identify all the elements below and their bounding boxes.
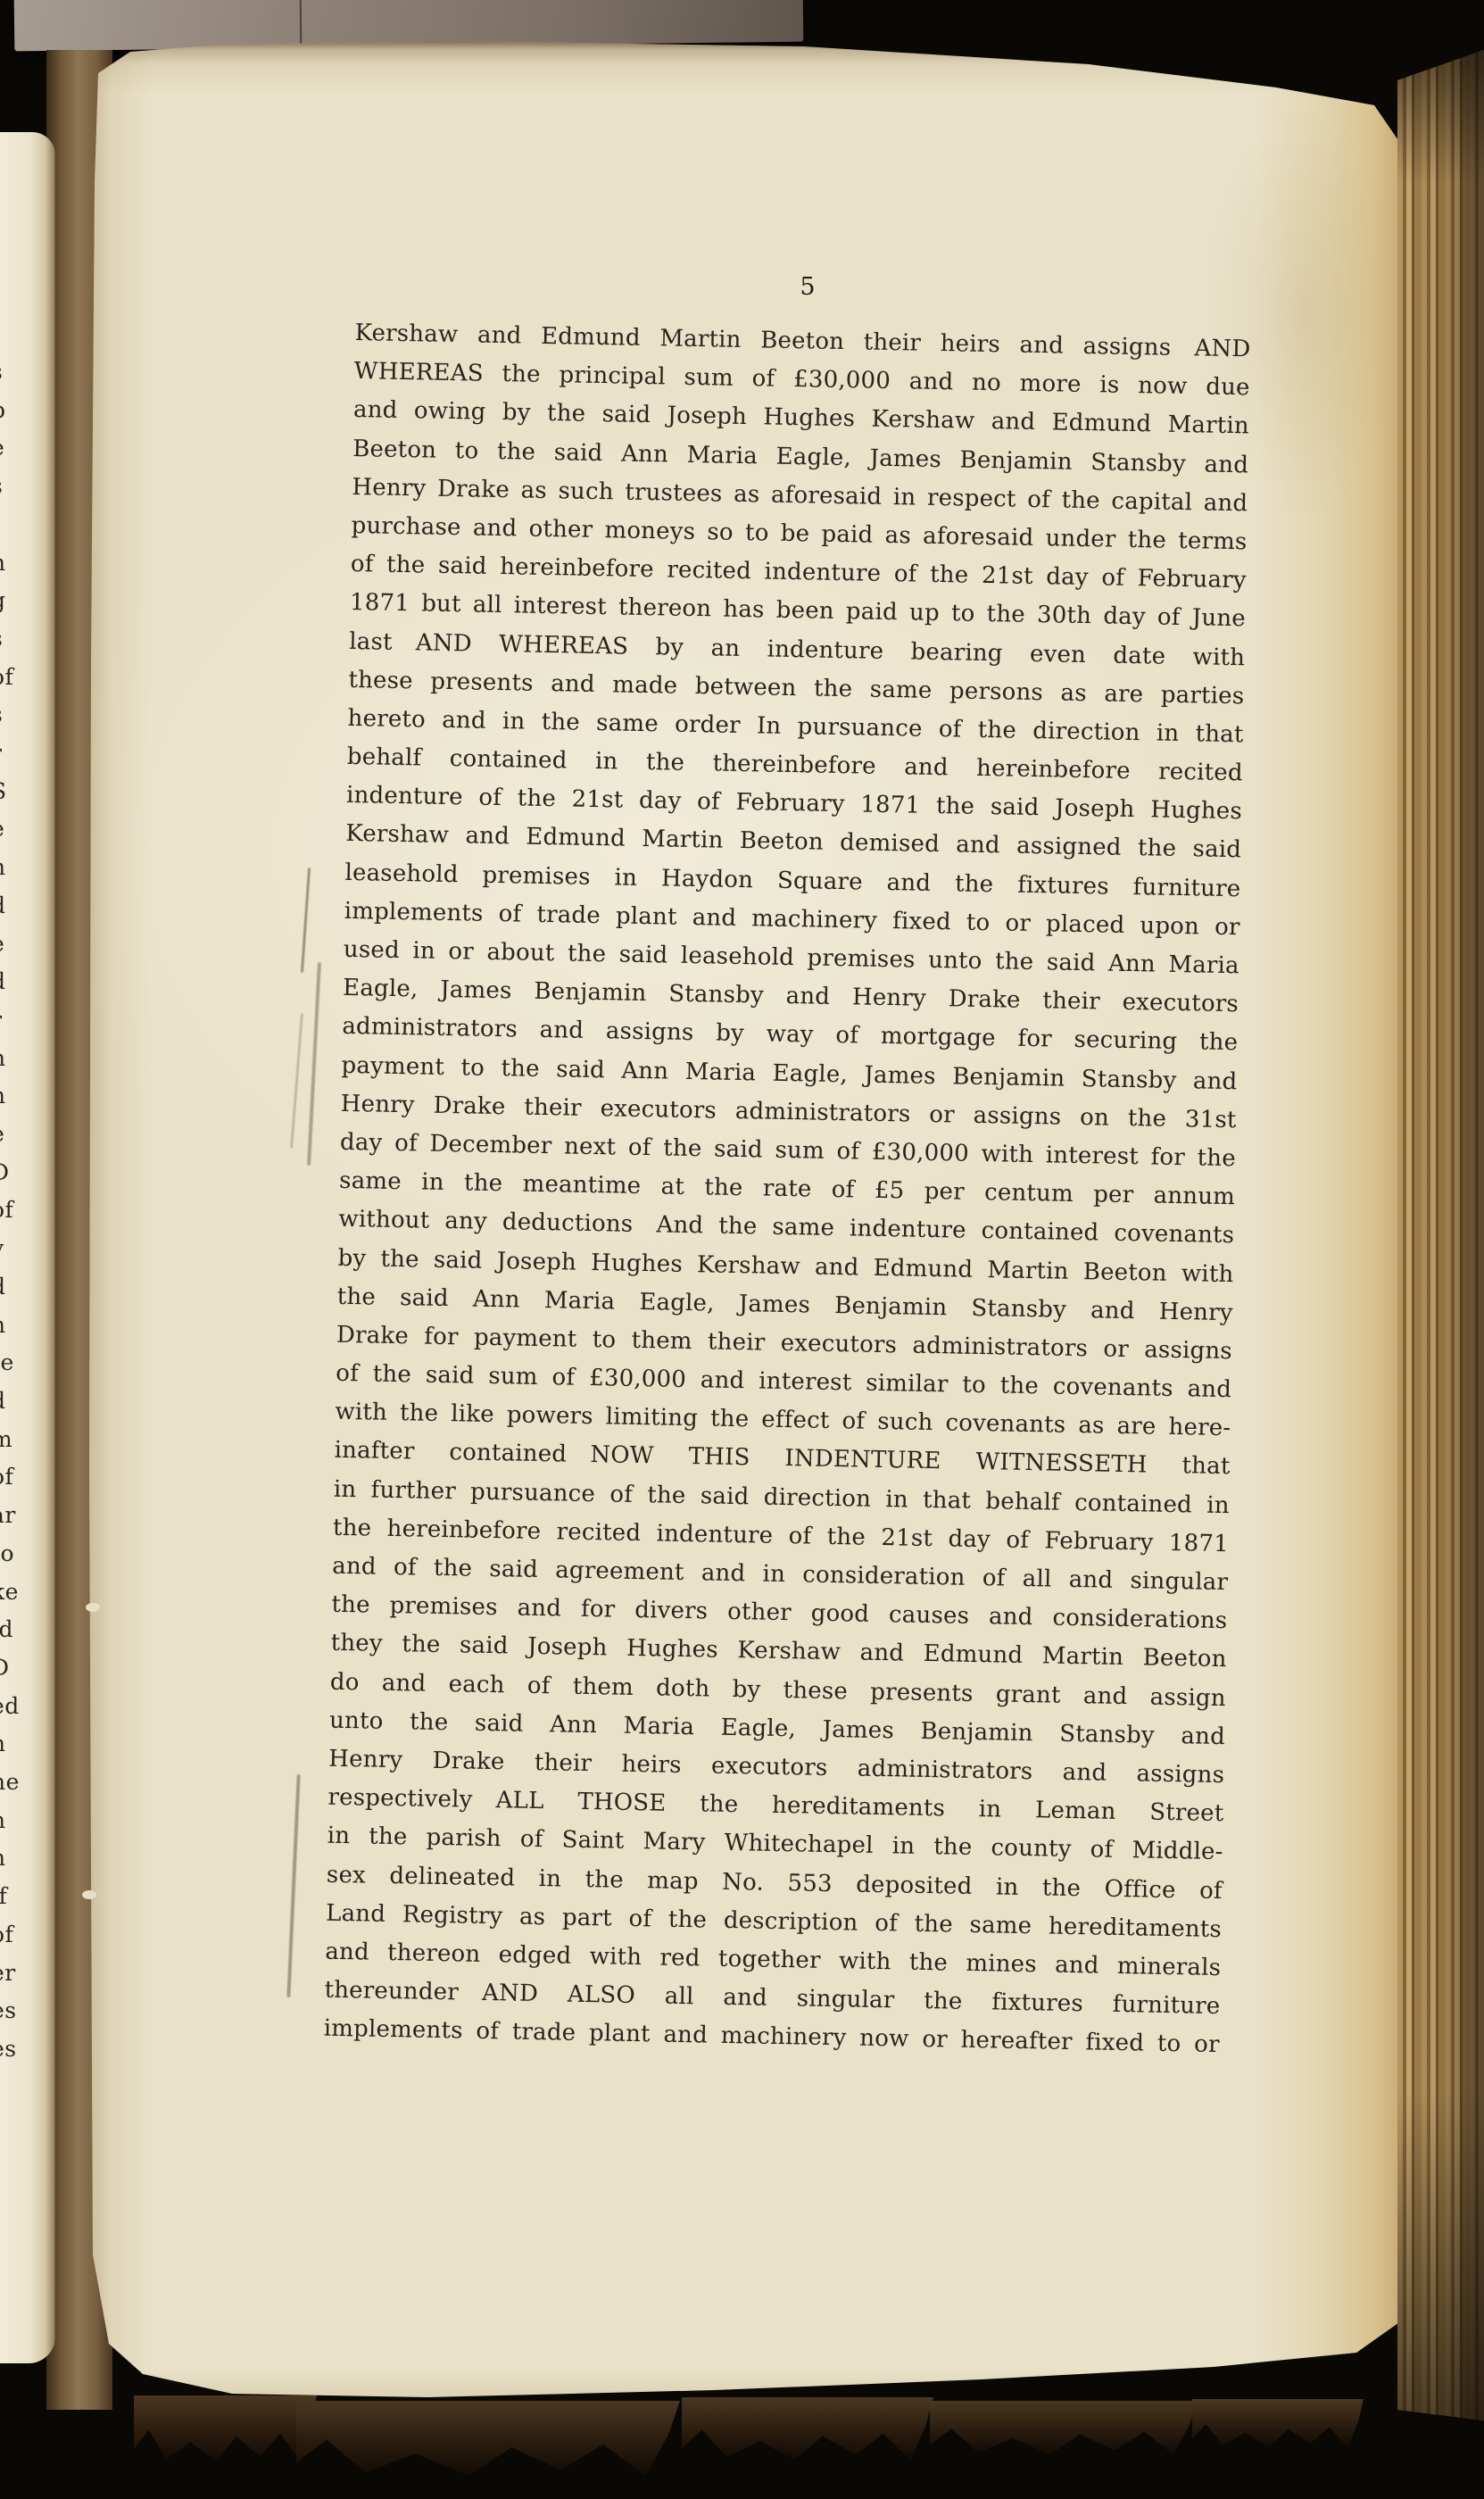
page-edge-tear <box>82 1890 96 1899</box>
edge-fragment: id <box>0 1611 21 1649</box>
edge-fragment: s <box>0 696 21 735</box>
edge-fragment: e <box>0 429 21 468</box>
edge-fragment: D <box>0 1649 21 1688</box>
edge-fragment: d <box>0 1268 21 1307</box>
page-stack-fore-edge <box>1397 50 1484 2420</box>
edge-fragment: es <box>0 2030 21 2069</box>
edge-fragment: to <box>0 1535 21 1573</box>
edge-fragment: er <box>0 1955 21 1993</box>
edge-fragment: h <box>0 849 21 887</box>
edge-fragment: D <box>0 1154 21 1192</box>
edge-fragment: s <box>0 468 21 506</box>
edge-fragment: t <box>0 506 21 544</box>
edge-fragment: ed <box>0 1688 21 1726</box>
scanned-book-photo: spestngsofsrSehdedrnheDofydntedmofartoke… <box>0 0 1484 2499</box>
edge-fragment: n <box>0 1839 21 1878</box>
edge-fragment: of <box>0 659 21 697</box>
edge-fragment: te <box>0 1344 21 1382</box>
charred-edge-remnant <box>1192 2399 1364 2447</box>
edge-fragment: of <box>0 1191 21 1230</box>
facing-page-text-fragments: spestngsofsrSehdedrnheDofydntedmofartoke… <box>0 353 21 2069</box>
text-block: Kershaw and Edmund Martin Beeton their h… <box>323 314 1250 2065</box>
edge-fragment: e <box>0 1116 21 1154</box>
edge-fragment: n <box>0 1725 21 1764</box>
edge-fragment: n <box>0 544 21 583</box>
edge-fragment: of <box>0 1916 21 1955</box>
charred-edge-remnant <box>296 2401 680 2476</box>
edge-fragment: g <box>0 582 21 620</box>
edge-fragment: d <box>0 963 21 1001</box>
edge-fragment: p <box>0 392 21 430</box>
edge-fragment: e <box>0 810 21 849</box>
edge-fragment: d <box>0 887 21 926</box>
edge-fragment: n <box>0 1040 21 1078</box>
charred-edge-remnant <box>134 2395 317 2462</box>
edge-fragment: m <box>0 1421 21 1459</box>
clamp-seam <box>300 0 303 47</box>
edge-fragment: e <box>0 926 21 964</box>
edge-fragment: r <box>0 1001 21 1040</box>
charred-edge-remnant <box>930 2401 1198 2454</box>
edge-fragment: es <box>0 1992 21 2030</box>
edge-fragment: n <box>0 1307 21 1345</box>
edge-fragment: of <box>0 1458 21 1497</box>
edge-fragment: s <box>0 353 21 392</box>
page-edge-tear <box>86 1603 100 1612</box>
edge-fragment: ne <box>0 1764 21 1802</box>
edge-fragment: n <box>0 1802 21 1840</box>
edge-fragment: r <box>0 735 21 773</box>
edge-fragment: lf <box>0 1878 21 1916</box>
edge-fragment: S <box>0 773 21 811</box>
edge-fragment: y <box>0 1230 21 1268</box>
edge-fragment: ke <box>0 1573 21 1612</box>
page-number: 5 <box>767 273 848 301</box>
charred-edge-remnant <box>682 2397 933 2460</box>
edge-fragment: d <box>0 1382 21 1421</box>
edge-fragment: ar <box>0 1497 21 1535</box>
edge-fragment: s <box>0 620 21 659</box>
edge-fragment: h <box>0 1077 21 1116</box>
